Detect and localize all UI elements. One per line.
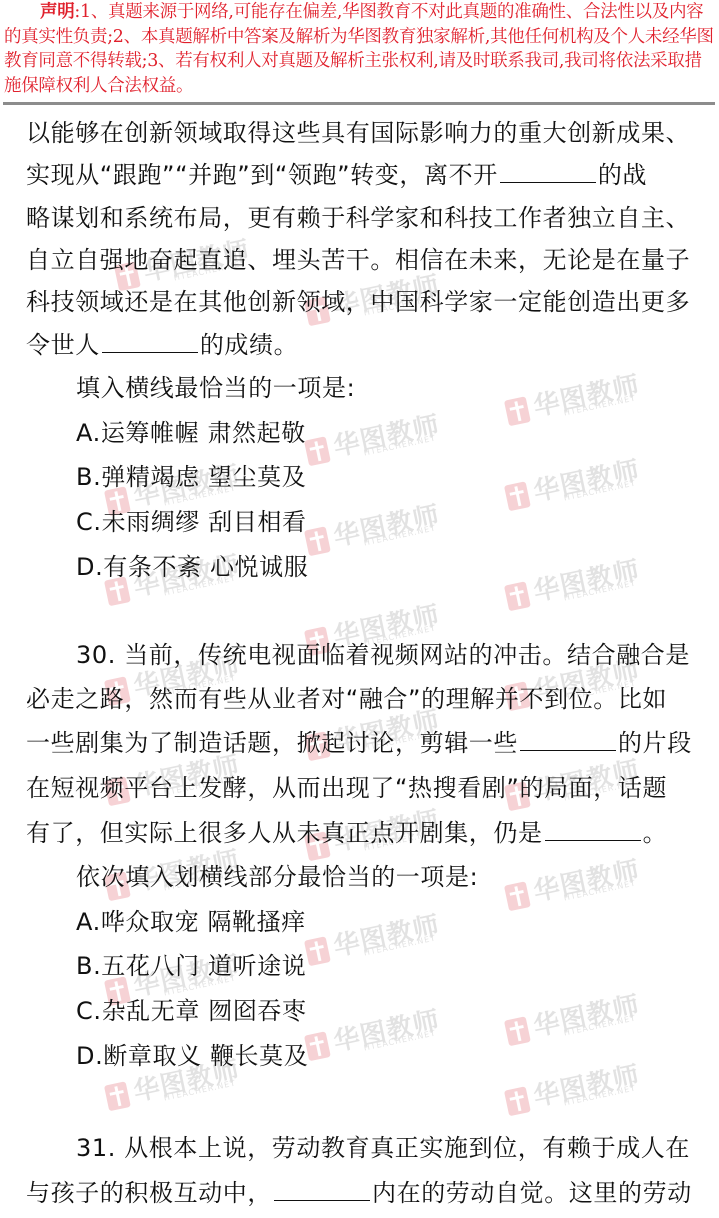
watermark-icon xyxy=(504,1086,531,1116)
watermark-icon xyxy=(504,881,531,911)
q29-option-b[interactable]: B.弹精竭虑 望尘莫及 xyxy=(76,462,306,492)
answer-blank xyxy=(500,160,596,183)
q29-line: 实现从“跟跑”“并跑”到“领跑”转变，离不开的战 xyxy=(26,160,647,190)
answer-blank xyxy=(545,818,641,841)
q30-option-b[interactable]: B.五花八门 道听途说 xyxy=(76,951,306,981)
watermark-logo: 华图教师HTEACHER.NET xyxy=(502,445,658,521)
q31-line: 31. 从根本上说，劳动教育真正实施到位，有赖于成人在 xyxy=(76,1133,690,1163)
watermark-logo: 华图教师HTEACHER.NET xyxy=(302,490,458,566)
q29-prompt: 填入横线最恰当的一项是: xyxy=(76,373,355,403)
watermark-icon xyxy=(504,396,531,426)
watermark-logo: 华图教师HTEACHER.NET xyxy=(502,360,658,436)
q29-line: 自立自强地奋起直追、埋头苦干。相信在未来，无论是在量子 xyxy=(26,245,690,275)
q30-option-d[interactable]: D.断章取义 鞭长莫及 xyxy=(76,1041,308,1071)
watermark-logo: 华图教师HTEACHER.NET xyxy=(502,845,658,921)
q30-line: 有了，但实际上很多人从未真正点开剧集，仍是。 xyxy=(26,818,667,848)
q30-number: 30. xyxy=(76,641,116,669)
q30-line: 30. 当前，传统电视面临着视频网站的冲击。结合融合是 xyxy=(76,640,690,670)
answer-blank xyxy=(520,728,616,751)
q29-line: 科技领域还是在其他创新领域，中国科学家一定能创造出更多 xyxy=(26,287,690,317)
watermark-icon xyxy=(304,936,331,966)
watermark-logo: 华图教师HTEACHER.NET xyxy=(502,980,658,1056)
q31-line: 与孩子的积极互动中，内在的劳动自觉。这里的劳动 xyxy=(26,1178,692,1208)
answer-blank xyxy=(274,1178,370,1201)
q29-option-a[interactable]: A.运筹帷幄 肃然起敬 xyxy=(76,418,306,448)
watermark-logo: 华图教师HTEACHER.NET xyxy=(502,1050,658,1126)
q29-line: 令世人的成绩。 xyxy=(26,330,298,360)
q30-option-c[interactable]: C.杂乱无章 囫囵吞枣 xyxy=(76,996,307,1026)
watermark-icon xyxy=(504,581,531,611)
q30-line: 一些剧集为了制造话题，掀起讨论，剪辑一些的片段 xyxy=(26,728,692,758)
watermark-icon xyxy=(104,1081,131,1111)
q31-number: 31. xyxy=(76,1134,116,1162)
q29-option-c[interactable]: C.未雨绸缪 刮目相看 xyxy=(76,507,307,537)
watermark-icon xyxy=(504,481,531,511)
watermark-logo: 华图教师HTEACHER.NET xyxy=(302,995,458,1071)
q30-option-a[interactable]: A.哗众取宠 隔靴搔痒 xyxy=(76,907,306,937)
disclaimer: 声明:1、真题来源于网络,可能存在偏差,华图教育不对此真题的准确性、合法性以及内… xyxy=(4,0,716,98)
q29-line: 以能够在创新领域取得这些具有国际影响力的重大创新成果、 xyxy=(26,118,690,148)
disclaimer-text: :1、真题来源于网络,可能存在偏差,华图教育不对此真题的准确性、合法性以及内容的… xyxy=(4,2,714,96)
watermark-icon xyxy=(304,436,331,466)
answer-blank xyxy=(102,330,198,353)
watermark-logo: 华图教师HTEACHER.NET xyxy=(502,545,658,621)
q30-line: 必走之路，然而有些从业者对“融合”的理解并不到位。比如 xyxy=(26,684,667,714)
disclaimer-lead: 声明 xyxy=(40,2,74,22)
q30-line: 在短视频平台上发酵，从而出现了“热搜看剧”的局面，话题 xyxy=(26,773,667,803)
watermark-icon xyxy=(504,1016,531,1046)
q29-option-d[interactable]: D.有条不紊 心悦诚服 xyxy=(76,552,308,582)
header-divider xyxy=(3,102,715,105)
q30-prompt: 依次填入划横线部分最恰当的一项是: xyxy=(76,862,478,892)
q29-line: 略谋划和系统布局，更有赖于科学家和科技工作者独立自主、 xyxy=(26,203,690,233)
watermark-logo: 华图教师HTEACHER.NET xyxy=(302,400,458,476)
watermark-logo: 华图教师HTEACHER.NET xyxy=(302,900,458,976)
